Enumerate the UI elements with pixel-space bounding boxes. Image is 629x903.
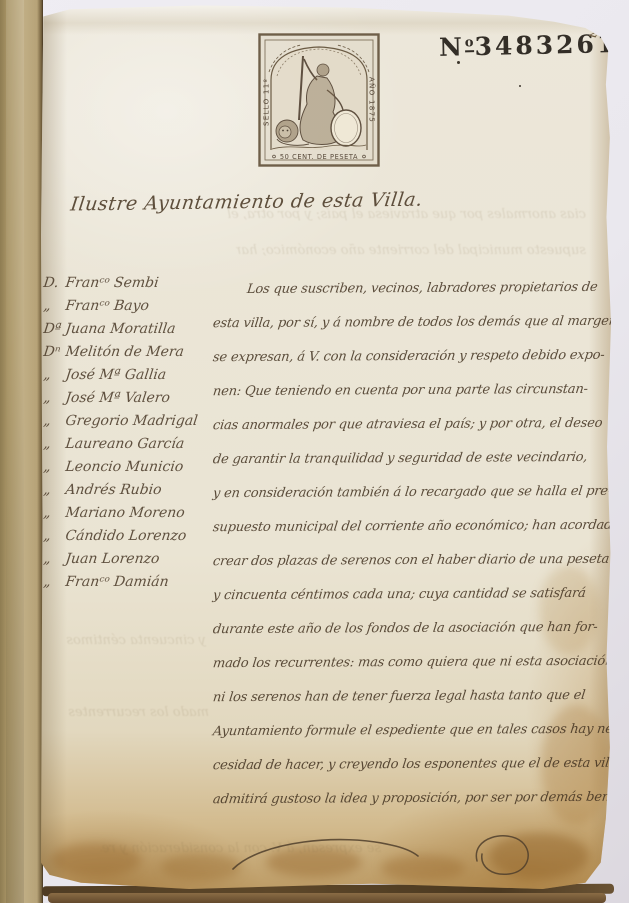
ink-speck (457, 61, 460, 64)
signatory-row: „Laureano García (42, 436, 235, 459)
manuscript-line: esta villa, por sí, y á nombre de todos … (210, 314, 606, 350)
signatory-name: Franᶜᵒ Damián (64, 574, 169, 590)
signatory-row: „Gregorio Madrigal (42, 413, 235, 436)
ink-flourish (219, 823, 555, 887)
signatory-name: Laureano García (64, 436, 185, 452)
stamp-left-text: SELLO 11º (262, 78, 271, 126)
manuscript-line: mado los recurrentes: mas como quiera qu… (210, 654, 606, 690)
signatory-name: Mariano Moreno (64, 505, 185, 521)
serial-ordinal: o (465, 35, 474, 52)
signatory-name: Leoncio Municio (64, 459, 184, 475)
manuscript-line: cias anormales por que atraviesa el país… (210, 416, 606, 452)
stamp-right-text: AÑO 1875 (368, 77, 377, 123)
manuscript-line: ni los serenos han de tener fuerza legal… (210, 688, 606, 724)
figure-head (317, 64, 329, 76)
bleedthrough-text: mado los recurrentes: mas como quiera qu… (69, 705, 209, 720)
signatory-prefix: „ (42, 367, 66, 383)
bleedthrough-text: supuesto municipal del corriente año eco… (236, 243, 586, 258)
margin-signatories-list: D.Franᶜᵒ Sembi „Franᶜᵒ Bayo DªJuana Mora… (43, 275, 233, 597)
lion-face (279, 126, 291, 138)
flourish-swash (233, 840, 418, 869)
signatory-name: Gregorio Madrigal (64, 413, 198, 429)
signatory-row: „Leoncio Municio (42, 459, 235, 482)
signatory-row: „Franᶜᵒ Bayo (42, 298, 235, 321)
petition-body: Los que suscriben, vecinos, labradores p… (212, 281, 604, 825)
signatory-row: DⁿMelitón de Mera (42, 344, 235, 367)
manuscript-line: crear dos plazas de serenos con el haber… (210, 552, 606, 588)
photographed-manuscript: SELLO 11º AÑO 1875 50 CENT. DE PESETA No… (0, 0, 629, 903)
signatory-name: Franᶜᵒ Sembi (64, 275, 159, 291)
signatory-prefix: „ (42, 551, 66, 567)
binding-highlight (6, 0, 24, 903)
signatory-name: Juana Moratilla (64, 321, 176, 337)
serial-prefix: N (439, 32, 465, 62)
signatory-name: Franᶜᵒ Bayo (64, 298, 149, 314)
signatory-row: DªJuana Moratilla (42, 321, 235, 344)
signatory-row: „Juan Lorenzo (42, 551, 235, 574)
signatory-row: „Andrés Rubio (42, 482, 235, 505)
signatory-row: „José Mª Valero (42, 390, 235, 413)
manuscript-page: SELLO 11º AÑO 1875 50 CENT. DE PESETA No… (41, 5, 611, 889)
manuscript-line: y cincuenta céntimos cada una; cuya cant… (210, 586, 606, 622)
signatory-prefix: D. (42, 275, 66, 291)
signatory-row: D.Franᶜᵒ Sembi (42, 275, 235, 298)
manuscript-line: supuesto municipal del corriente año eco… (210, 518, 606, 554)
ink-speck (519, 85, 521, 87)
signatory-prefix: „ (42, 459, 66, 475)
signatory-prefix: „ (42, 505, 66, 521)
bleedthrough-text: y cincuenta céntimos cada una; cuya cant… (66, 633, 206, 648)
signatory-prefix: „ (42, 413, 66, 429)
manuscript-line: admitirá gustoso la idea y proposición, … (210, 790, 606, 826)
signatory-row: „Mariano Moreno (42, 505, 235, 528)
signatory-name: Juan Lorenzo (64, 551, 160, 567)
flourish-loop (476, 836, 528, 874)
signatory-name: José Mª Valero (64, 390, 170, 406)
lion-eye (287, 130, 289, 132)
manuscript-line: Los que suscriben, vecinos, labradores p… (210, 280, 606, 316)
signatory-name: Melitón de Mera (64, 344, 184, 360)
signatory-prefix: Dª (42, 321, 66, 337)
revenue-stamp: SELLO 11º AÑO 1875 50 CENT. DE PESETA (257, 32, 381, 168)
signatory-name: Andrés Rubio (64, 482, 162, 498)
signatory-prefix: „ (42, 390, 66, 406)
signatory-prefix: „ (42, 528, 66, 544)
signatory-prefix: „ (42, 436, 66, 452)
document-heading: Ilustre Ayuntamiento de esta Villa. (69, 188, 432, 215)
manuscript-line: Ayuntamiento formule el espediente que e… (210, 722, 606, 758)
manuscript-line: nen: Que teniendo en cuenta por una part… (210, 382, 606, 418)
signatory-name: Cándido Lorenzo (64, 528, 187, 544)
signatory-prefix: Dⁿ (42, 344, 66, 360)
shield-oval (331, 110, 361, 146)
stamp-denomination: 50 CENT. DE PESETA (280, 153, 358, 161)
lion-eye (282, 130, 284, 132)
signatory-prefix: „ (42, 298, 66, 314)
manuscript-line: y en consideración también á lo recargad… (210, 484, 606, 520)
signatory-row: „Franᶜᵒ Damián (42, 574, 235, 597)
manuscript-line: cesidad de hacer, y creyendo los esponen… (210, 756, 606, 792)
manuscript-line: se expresan, á V. con la consideración y… (210, 348, 606, 384)
underlying-sheets-edge (48, 893, 606, 903)
signatory-row: „José Mª Gallia (42, 367, 235, 390)
signatory-row: „Cándido Lorenzo (42, 528, 235, 551)
manuscript-line: de garantir la tranquilidad y seguridad … (210, 450, 606, 486)
serial-digits: 3483261 (474, 29, 617, 61)
signatory-prefix: „ (42, 482, 66, 498)
manuscript-line: durante este año de los fondos de la aso… (210, 620, 606, 656)
signatory-prefix: „ (42, 574, 66, 590)
signatory-name: José Mª Gallia (64, 367, 167, 383)
